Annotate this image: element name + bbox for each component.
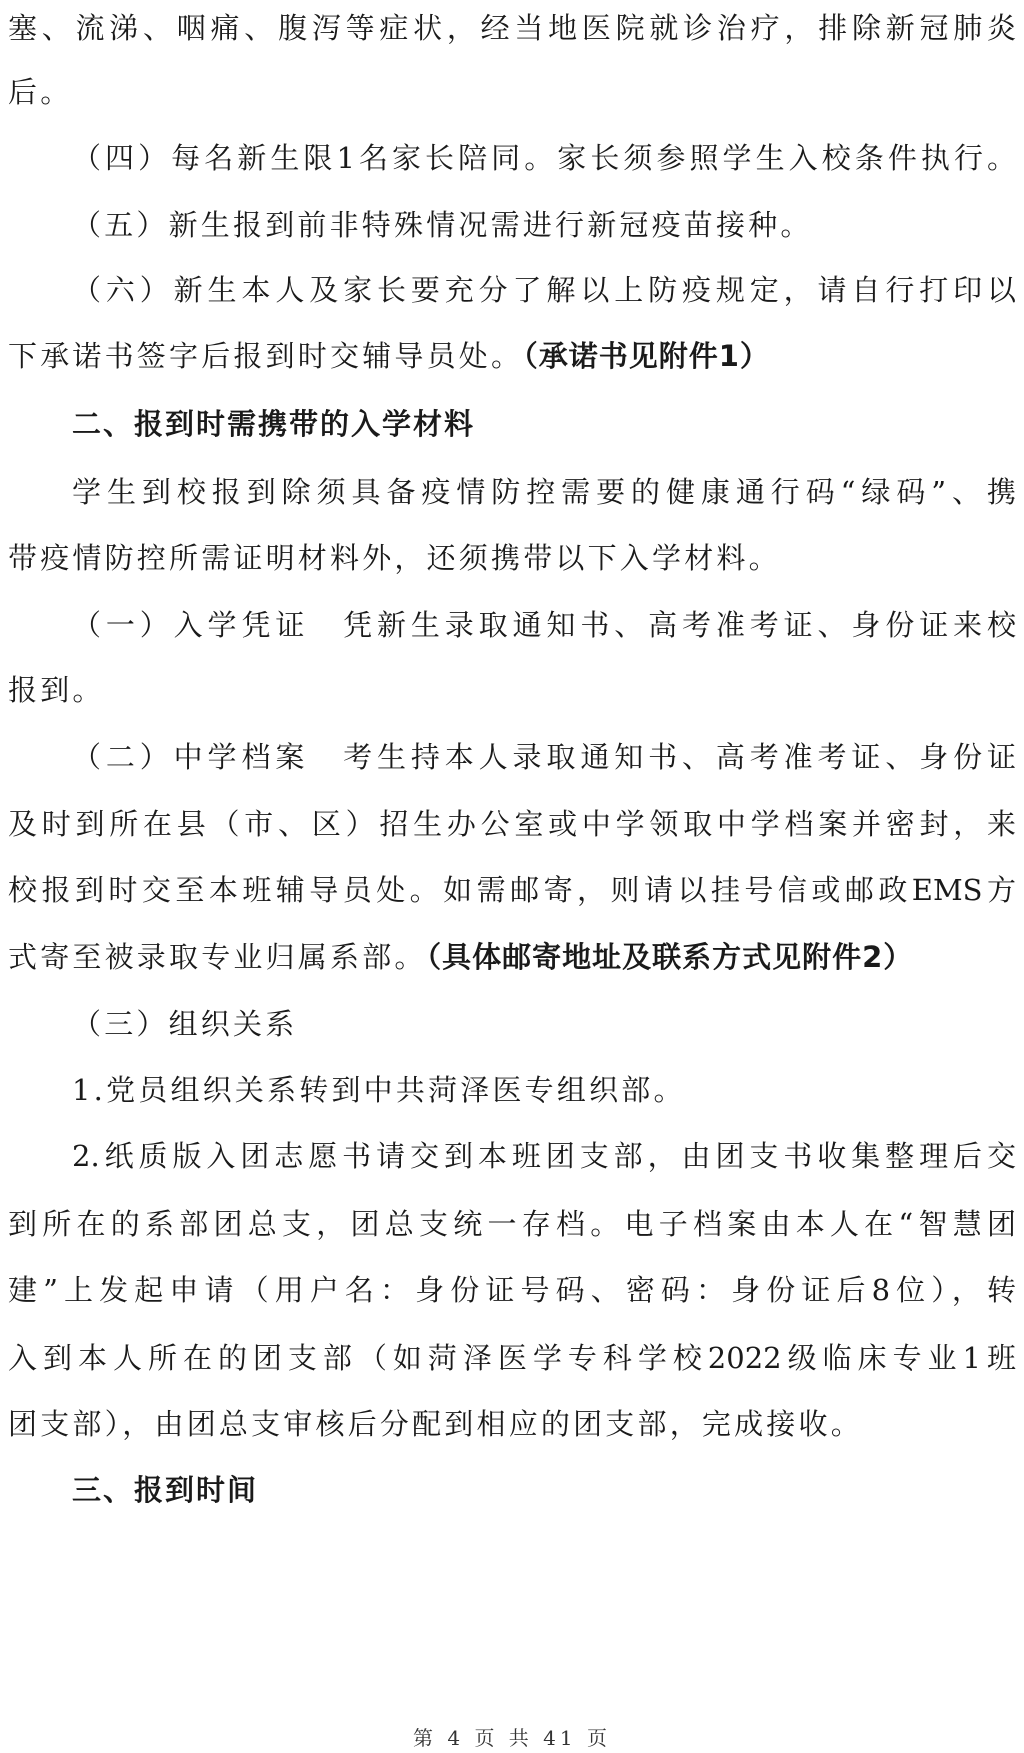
attachment-reference: （承诺书见附件1） (523, 339, 770, 373)
section-heading: 二、报到时需携带的入学材料 (72, 404, 1016, 444)
line-text: 式寄至被录取专业归属系部。 (8, 940, 427, 974)
line-text: （一）入学凭证 凭新生录取通知书、高考准考证、身份证来校 (72, 608, 1016, 642)
paragraph-line: 到所在的系部团总支，团总支统一存档。电子档案由本人在“智慧团 (8, 1204, 1016, 1244)
line-text: 下承诺书签字后报到时交辅导员处。 (8, 339, 523, 373)
line-text: （三）组织关系 (72, 1007, 297, 1041)
paragraph-line: （一）入学凭证 凭新生录取通知书、高考准考证、身份证来校 (72, 605, 1016, 645)
paragraph-line: （四）每名新生限1名家长陪同。家长须参照学生入校条件执行。 (72, 138, 1016, 178)
line-text: 及时到所在县（市、区）招生办公室或中学领取中学档案并密封，来 (8, 807, 1016, 841)
line-text: 入到本人所在的团支部（如菏泽医学专科学校2022级临床专业1班 (8, 1341, 1016, 1375)
line-text: 报到。 (8, 673, 105, 707)
line-text: 三、报到时间 (72, 1473, 258, 1507)
line-text: 校报到时交至本班辅导员处。如需邮寄，则请以挂号信或邮政EMS方 (8, 873, 1016, 907)
line-text: 团支部），由团总支审核后分配到相应的团支部，完成接收。 (8, 1407, 863, 1441)
paragraph-line: 及时到所在县（市、区）招生办公室或中学领取中学档案并密封，来 (8, 804, 1016, 844)
paragraph-line: 建”上发起申请（用户名：身份证号码、密码：身份证后8位），转 (8, 1270, 1016, 1310)
page-footer: 第 4 页 共 41 页 (0, 1722, 1024, 1751)
line-text: 二、报到时需携带的入学材料 (72, 407, 475, 441)
section-heading: 三、报到时间 (72, 1470, 1016, 1510)
paragraph-line: 式寄至被录取专业归属系部。（具体邮寄地址及联系方式见附件2） (8, 937, 1016, 977)
paragraph-line: 塞、流涕、咽痛、腹泻等症状，经当地医院就诊治疗，排除新冠肺炎 (8, 8, 1016, 48)
attachment-reference: （具体邮寄地址及联系方式见附件2） (427, 940, 914, 974)
paragraph-line: 1.党员组织关系转到中共菏泽医专组织部。 (72, 1070, 1016, 1110)
paragraph-line: （二）中学档案 考生持本人录取通知书、高考准考证、身份证 (72, 737, 1016, 777)
line-text: 带疫情防控所需证明材料外，还须携带以下入学材料。 (8, 541, 781, 575)
paragraph-line: 2.纸质版入团志愿书请交到本班团支部，由团支书收集整理后交 (72, 1136, 1016, 1176)
paragraph-line: 带疫情防控所需证明材料外，还须携带以下入学材料。 (8, 538, 1016, 578)
line-text: 1.党员组织关系转到中共菏泽医专组织部。 (72, 1073, 686, 1107)
line-text: （四）每名新生限1名家长陪同。家长须参照学生入校条件执行。 (72, 141, 1016, 175)
paragraph-line: 报到。 (8, 670, 1016, 710)
line-text: （六）新生本人及家长要充分了解以上防疫规定，请自行打印以 (72, 273, 1016, 307)
paragraph-line: 入到本人所在的团支部（如菏泽医学专科学校2022级临床专业1班 (8, 1338, 1016, 1378)
line-text: 塞、流涕、咽痛、腹泻等症状，经当地医院就诊治疗，排除新冠肺炎 (8, 11, 1016, 45)
paragraph-line: （三）组织关系 (72, 1004, 1016, 1044)
paragraph-line: 校报到时交至本班辅导员处。如需邮寄，则请以挂号信或邮政EMS方 (8, 870, 1016, 910)
line-text: （五）新生报到前非特殊情况需进行新冠疫苗接种。 (72, 208, 813, 242)
line-text: 到所在的系部团总支，团总支统一存档。电子档案由本人在“智慧团 (8, 1207, 1016, 1241)
paragraph-line: 团支部），由团总支审核后分配到相应的团支部，完成接收。 (8, 1404, 1016, 1444)
paragraph-line: （六）新生本人及家长要充分了解以上防疫规定，请自行打印以 (72, 270, 1016, 310)
line-text: 后。 (8, 75, 72, 109)
line-text: 建”上发起申请（用户名：身份证号码、密码：身份证后8位），转 (8, 1273, 1016, 1307)
line-text: 2.纸质版入团志愿书请交到本班团支部，由团支书收集整理后交 (72, 1139, 1016, 1173)
paragraph-line: 学生到校报到除须具备疫情防控需要的健康通行码“绿码”、携 (72, 472, 1016, 512)
paragraph-line: 下承诺书签字后报到时交辅导员处。（承诺书见附件1） (8, 336, 1016, 376)
paragraph-line: 后。 (8, 72, 1016, 112)
paragraph-line: （五）新生报到前非特殊情况需进行新冠疫苗接种。 (72, 205, 1016, 245)
line-text: （二）中学档案 考生持本人录取通知书、高考准考证、身份证 (72, 740, 1016, 774)
line-text: 学生到校报到除须具备疫情防控需要的健康通行码“绿码”、携 (72, 475, 1016, 509)
